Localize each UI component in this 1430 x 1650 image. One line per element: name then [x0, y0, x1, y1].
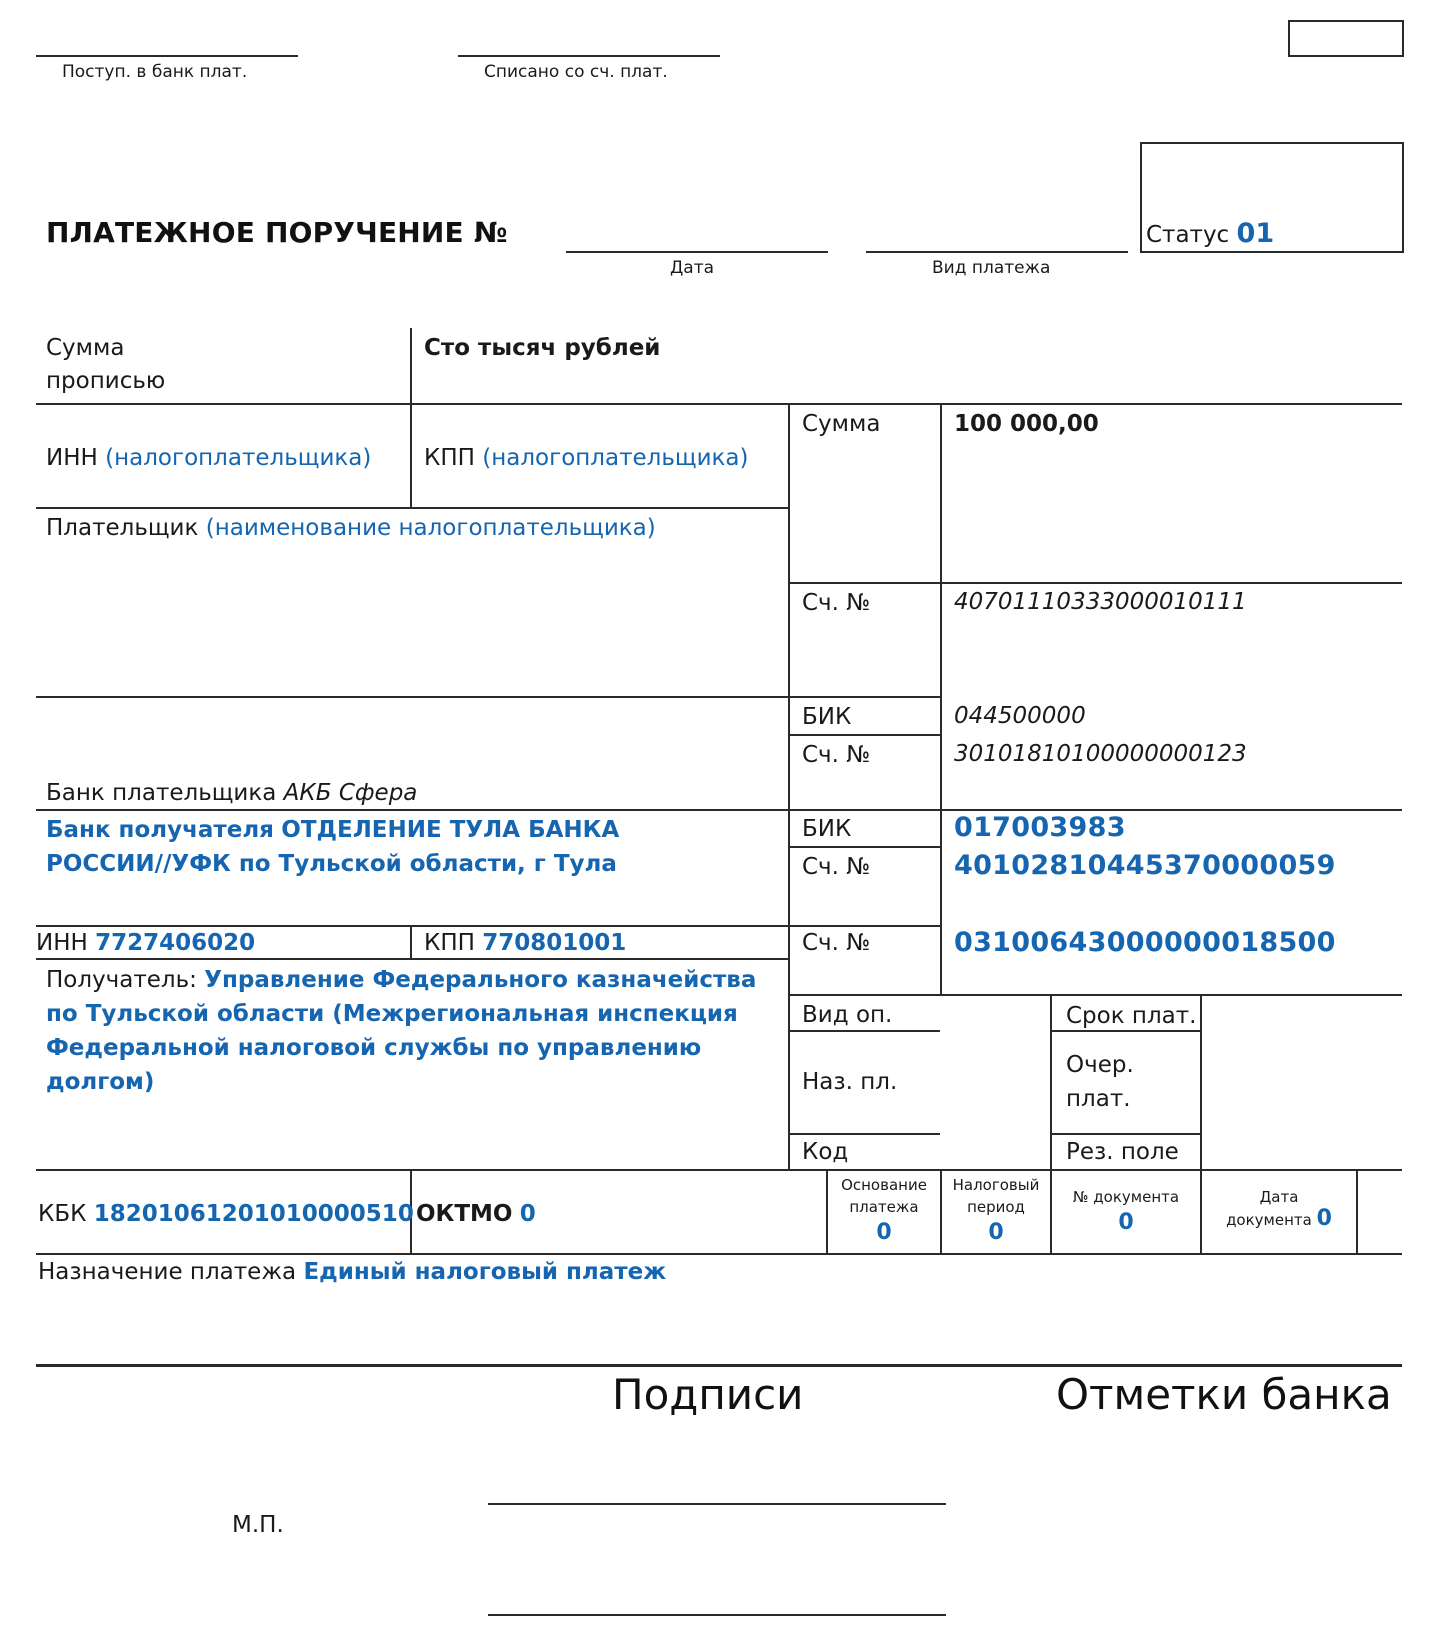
row-line-payer-inn: [36, 507, 788, 509]
tax-period-label-1: Налоговый: [942, 1174, 1050, 1196]
operation-type-label: Вид оп.: [802, 999, 892, 1031]
recipient-account-value: 03100643000000018500: [954, 927, 1336, 958]
row-line-purpose-code: [788, 1133, 940, 1135]
page-title: ПЛАТЕЖНОЕ ПОРУЧЕНИЕ №: [46, 216, 508, 249]
payer-account-label: Сч. №: [802, 587, 870, 619]
codes-col-mid: [1050, 994, 1052, 1171]
payer-name-label: Плательщик: [46, 515, 198, 541]
row-line-recipient-bik: [788, 846, 940, 848]
payer-bank-field: Банк плательщика АКБ Сфера: [46, 777, 417, 809]
row-line-payer: [36, 696, 942, 698]
signatures-heading: Подписи: [612, 1370, 803, 1419]
form-code-box: [1288, 20, 1404, 57]
doc-date-line-2: документа 0: [1202, 1208, 1356, 1231]
tax-col-docdate: [1356, 1169, 1358, 1253]
payer-name-value: (наименование налогоплательщика): [206, 515, 656, 541]
bank-marks-heading: Отметки банка: [1056, 1370, 1392, 1419]
oktmo-value: 0: [520, 1201, 536, 1227]
recipient-kpp-label: КПП: [424, 930, 475, 956]
recipient-name-value-1: Управление Федерального казначейства: [204, 967, 756, 993]
row-line-recipient: [36, 1169, 1402, 1171]
row-line-amount: [788, 582, 1402, 584]
recipient-inn-label: ИНН: [36, 930, 88, 956]
tax-period-label-2: период: [942, 1196, 1050, 1218]
doc-date-label-1: Дата: [1202, 1186, 1356, 1208]
amount-label: Сумма: [802, 408, 880, 440]
doc-date-field: Дата документа 0: [1202, 1186, 1356, 1231]
row-line-amount-words: [36, 403, 1402, 405]
purpose-code-label: Наз. пл.: [802, 1066, 897, 1098]
recipient-bank-field: Банк получателя ОТДЕЛЕНИЕ ТУЛА БАНКА РОС…: [46, 813, 619, 881]
recipient-inn-kpp-divider: [410, 925, 412, 958]
row-line-purpose: [36, 1364, 1402, 1367]
payer-inn-label: ИНН: [46, 445, 98, 471]
amount-words-divider: [410, 328, 412, 403]
recipient-kpp-field: КПП 770801001: [424, 927, 626, 959]
recipient-bik-value: 017003983: [954, 812, 1126, 843]
due-date-label: Срок плат.: [1066, 1000, 1196, 1032]
doc-date-value: 0: [1317, 1206, 1332, 1231]
grid-col-left-right: [788, 403, 790, 1171]
tax-period-field: Налоговый период 0: [942, 1174, 1050, 1248]
payment-purpose-value: Единый налоговый платеж: [303, 1259, 666, 1285]
payment-type-line: [866, 251, 1128, 253]
payer-inn-value: (налогоплательщика): [105, 445, 371, 471]
codes-col-right: [1200, 994, 1202, 1171]
date-line: [566, 251, 828, 253]
payer-inn-field: ИНН (налогоплательщика): [46, 442, 371, 474]
recipient-inn-field: ИНН 7727406020: [36, 927, 255, 959]
signature-line-1[interactable]: [488, 1503, 946, 1505]
payment-purpose-label: Назначение платежа: [38, 1259, 296, 1285]
doc-date-label-2: документа: [1226, 1211, 1312, 1229]
reserve-field-label: Рез. поле: [1066, 1136, 1179, 1168]
recipient-bank-account-value: 40102810445370000059: [954, 850, 1336, 881]
priority-label-1: Очер.: [1066, 1049, 1134, 1081]
recipient-name-value-4: долгом): [46, 1065, 786, 1099]
payer-bik-label: БИК: [802, 701, 851, 733]
payer-bank-label: Банк плательщика: [46, 780, 276, 806]
kbk-field: КБК 18201061201010000510: [38, 1198, 414, 1230]
amount-words-label-1: Сумма: [46, 332, 124, 364]
doc-number-value: 0: [1052, 1208, 1200, 1238]
debited-date-line: [458, 55, 720, 57]
recipient-account-label: Сч. №: [802, 927, 870, 959]
row-line-payer-bik: [788, 734, 940, 736]
doc-number-label: № документа: [1052, 1186, 1200, 1208]
grid-col-label-value: [940, 403, 942, 994]
payer-kpp-field: КПП (налогоплательщика): [424, 442, 748, 474]
date-label: Дата: [670, 258, 714, 278]
payer-bank-account-label: Сч. №: [802, 739, 870, 771]
payer-kpp-value: (налогоплательщика): [482, 445, 748, 471]
row-line-payer-bank: [36, 809, 1402, 811]
recipient-name-line-1: Получатель: Управление Федерального казн…: [46, 963, 786, 997]
kbk-value: 18201061201010000510: [94, 1201, 414, 1227]
recipient-inn-value: 7727406020: [95, 930, 255, 956]
amount-words-label-2: прописью: [46, 365, 165, 397]
payment-basis-label-2: платежа: [828, 1196, 940, 1218]
amount-words-value: Сто тысяч рублей: [424, 332, 660, 364]
received-in-bank-label: Поступ. в банк плат.: [62, 62, 247, 82]
recipient-bank-value-1: ОТДЕЛЕНИЕ ТУЛА БАНКА: [281, 817, 619, 843]
payer-name-field: Плательщик (наименование налогоплательщи…: [46, 512, 656, 544]
row-line-codes-top: [788, 994, 940, 996]
recipient-bik-label: БИК: [802, 813, 851, 845]
received-date-line: [36, 55, 298, 57]
payer-bik-value: 044500000: [954, 703, 1086, 729]
signature-line-2[interactable]: [488, 1614, 946, 1616]
payer-bank-account-value: 30101810100000000123: [954, 741, 1247, 767]
payer-bank-value: АКБ Сфера: [284, 780, 418, 806]
priority-label-2: плат.: [1066, 1083, 1131, 1115]
recipient-name-label: Получатель:: [46, 967, 197, 993]
debited-from-account-label: Списано со сч. плат.: [484, 62, 668, 82]
stamp-label: М.П.: [232, 1512, 284, 1538]
payment-basis-value: 0: [828, 1218, 940, 1248]
recipient-bank-account-label: Сч. №: [802, 851, 870, 883]
recipient-name-value-2: по Тульской области (Межрегиональная инс…: [46, 997, 786, 1031]
doc-number-field: № документа 0: [1052, 1186, 1200, 1238]
payment-type-label: Вид платежа: [932, 258, 1050, 278]
status-field: Статус 01: [1146, 218, 1274, 251]
kbk-label: КБК: [38, 1201, 86, 1227]
row-line-codes-mid-top: [1050, 994, 1202, 996]
payer-inn-kpp-divider: [410, 403, 412, 507]
payment-basis-label-1: Основание: [828, 1174, 940, 1196]
recipient-bank-label: Банк получателя: [46, 817, 274, 843]
recipient-name-value-3: Федеральной налоговой службы по управлен…: [46, 1031, 786, 1065]
code-label: Код: [802, 1136, 848, 1168]
payer-kpp-label: КПП: [424, 445, 475, 471]
status-label: Статус: [1146, 222, 1229, 248]
payer-account-value: 40701110333000010111: [954, 589, 1247, 615]
row-line-tax-fields: [36, 1253, 1402, 1255]
recipient-bank-line-1: Банк получателя ОТДЕЛЕНИЕ ТУЛА БАНКА: [46, 813, 619, 847]
recipient-kpp-value: 770801001: [482, 930, 626, 956]
tax-period-value: 0: [942, 1218, 1050, 1248]
amount-value: 100 000,00: [954, 408, 1099, 440]
payment-basis-field: Основание платежа 0: [828, 1174, 940, 1248]
row-line-priority: [1050, 1133, 1202, 1135]
payment-purpose-field: Назначение платежа Единый налоговый плат…: [38, 1256, 666, 1288]
recipient-bank-value-2: РОССИИ//УФК по Тульской области, г Тула: [46, 847, 619, 881]
oktmo-label: ОКТМО: [416, 1201, 512, 1227]
row-line-recipient-inn: [36, 958, 788, 960]
recipient-name-field: Получатель: Управление Федерального казн…: [46, 963, 786, 1099]
oktmo-field: ОКТМО 0: [416, 1198, 536, 1230]
status-value: 01: [1237, 218, 1275, 249]
row-line-op-type: [788, 1030, 940, 1032]
row-line-due-date: [1050, 1030, 1202, 1032]
